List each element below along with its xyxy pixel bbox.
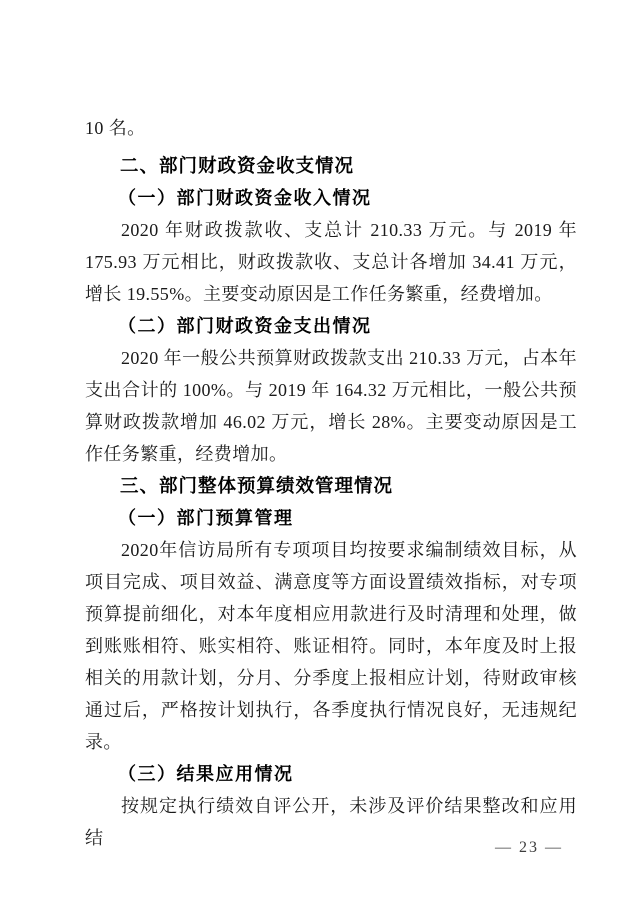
- subsection-heading-expense: （二）部门财政资金支出情况: [85, 310, 577, 342]
- paragraph-continuation: 10 名。: [85, 112, 577, 144]
- section-heading-finance-income-expense: 二、部门财政资金收支情况: [85, 150, 577, 182]
- paragraph-income-detail: 2020 年财政拨款收、支总计 210.33 万元。与 2019 年 175.9…: [85, 214, 577, 310]
- document-content: 10 名。 二、部门财政资金收支情况 （一）部门财政资金收入情况 2020 年财…: [85, 112, 577, 854]
- subsection-heading-budget-management: （一）部门预算管理: [85, 502, 577, 534]
- section-heading-performance-management: 三、部门整体预算绩效管理情况: [85, 470, 577, 502]
- paragraph-budget-management-detail: 2020年信访局所有专项项目均按要求编制绩效目标，从项目完成、项目效益、满意度等…: [85, 534, 577, 758]
- document-page: 10 名。 二、部门财政资金收支情况 （一）部门财政资金收入情况 2020 年财…: [0, 0, 640, 906]
- subsection-heading-income: （一）部门财政资金收入情况: [85, 182, 577, 214]
- paragraph-expense-detail: 2020 年一般公共预算财政拨款支出 210.33 万元，占本年支出合计的 10…: [85, 342, 577, 470]
- subsection-heading-result-application: （三）结果应用情况: [85, 758, 577, 790]
- footer-page-number: — 23 —: [495, 838, 563, 858]
